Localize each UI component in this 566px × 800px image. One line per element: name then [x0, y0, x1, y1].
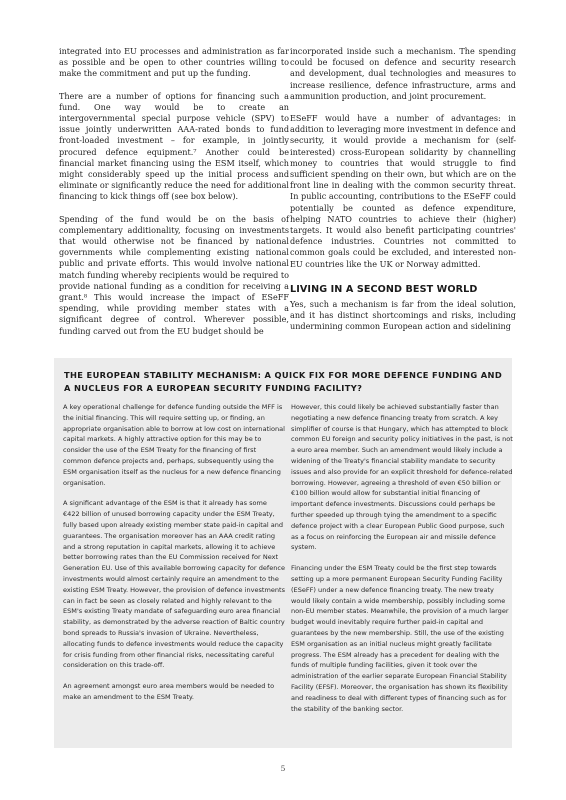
paragraph: Yes, such a mechanism is far from the id… — [290, 299, 516, 333]
page-number: 5 — [0, 764, 566, 773]
paragraph: integrated into EU processes and adminis… — [59, 46, 289, 80]
box-paragraph: A significant advantage of the ESM is th… — [63, 498, 285, 671]
right-text-column: incorporated inside such a mechanism. Th… — [290, 46, 516, 344]
left-text-column: integrated into EU processes and adminis… — [59, 46, 289, 348]
paragraph: Spending of the fund would be on the bas… — [59, 214, 289, 337]
paragraph: incorporated inside such a mechanism. Th… — [290, 46, 516, 102]
esm-info-box: THE EUROPEAN STABILITY MECHANISM: A QUIC… — [54, 358, 512, 748]
box-paragraph: An agreement amongst euro area members w… — [63, 681, 285, 703]
box-paragraph: A key operational challenge for defence … — [63, 402, 285, 488]
box-title: THE EUROPEAN STABILITY MECHANISM: A QUIC… — [64, 369, 504, 395]
paragraph: There are a number of options for financ… — [59, 91, 289, 203]
box-paragraph: Financing under the ESM Treaty could be … — [291, 563, 513, 714]
section-heading: LIVING IN A SECOND BEST WORLD — [290, 284, 516, 295]
paragraph: ESeFF would have a number of advantages:… — [290, 113, 516, 270]
box-left-column: A key operational challenge for defence … — [63, 402, 285, 713]
box-right-column: However, this could likely be achieved s… — [291, 402, 513, 724]
box-paragraph: However, this could likely be achieved s… — [291, 402, 513, 553]
